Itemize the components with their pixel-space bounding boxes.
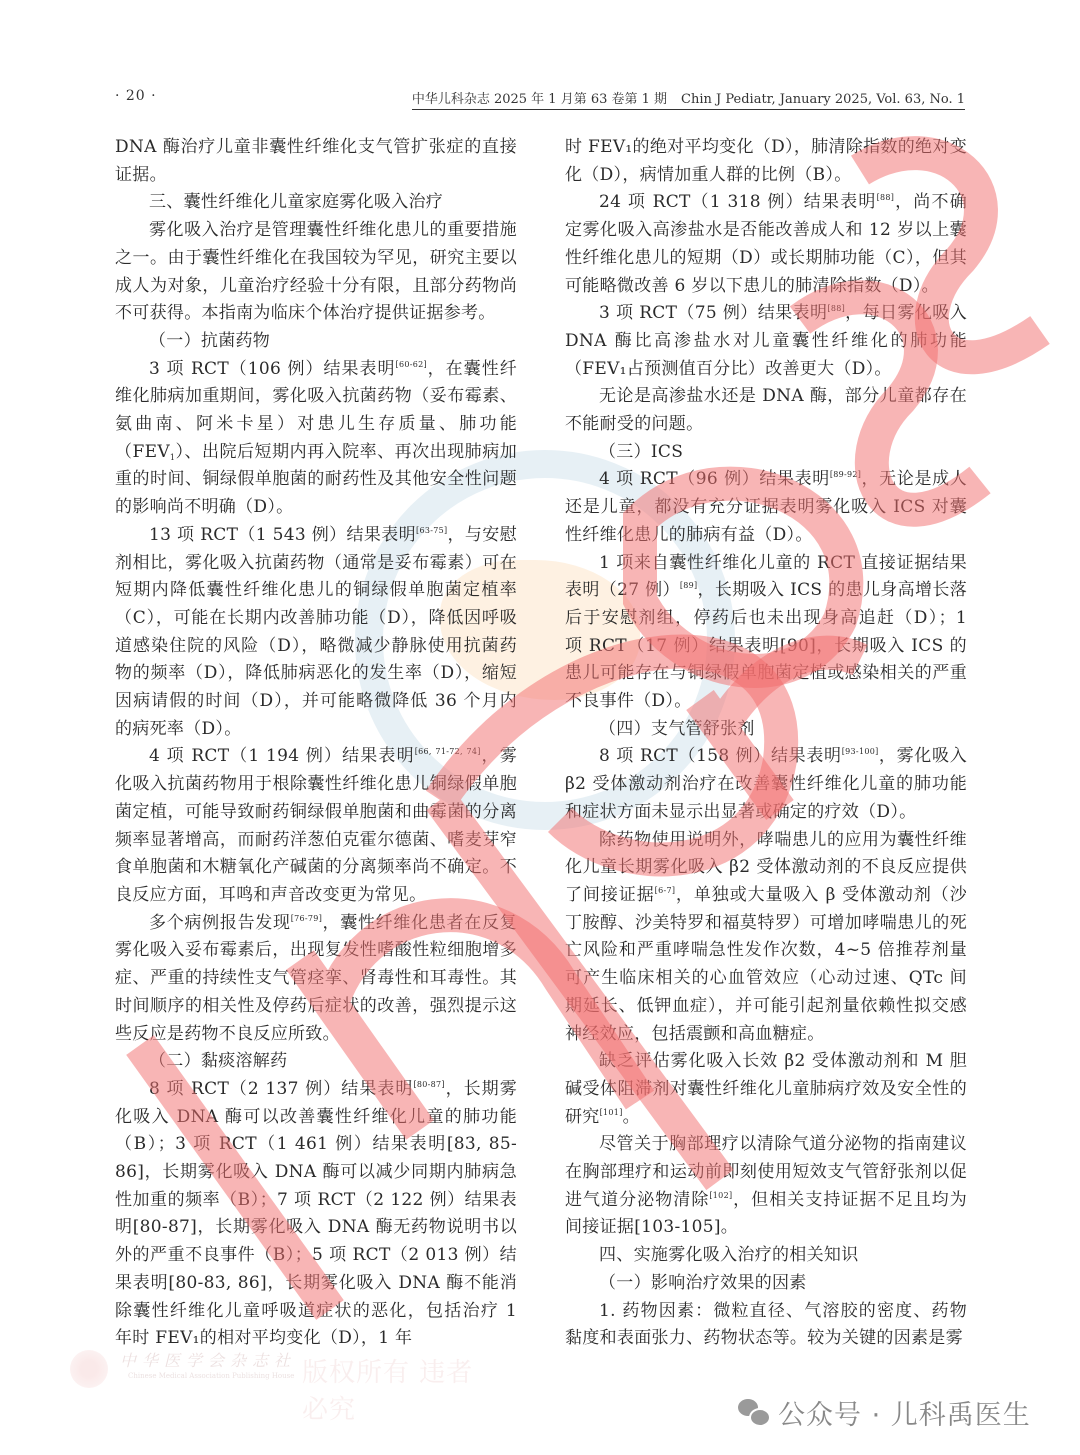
citation: [66, 71-72, 74] — [415, 747, 481, 756]
paragraph: 无论是高渗盐水还是 DNA 酶，部分儿童都存在不能耐受的问题。 — [565, 383, 967, 438]
subsection-heading: （一）影响治疗效果的因素 — [565, 1270, 967, 1298]
citation: [89] — [680, 581, 698, 590]
citation: [101] — [600, 1108, 623, 1117]
section-heading: 三、囊性纤维化儿童家庭雾化吸入治疗 — [115, 189, 517, 217]
paragraph: 1 项来自囊性纤维化儿童的 RCT 直接证据结果表明（27 例）[89]，长期吸… — [565, 550, 967, 716]
paragraph: 3 项 RCT（106 例）结果表明[60-62]，在囊性纤维化肺病加重期间，雾… — [115, 356, 517, 522]
citation: [63-75] — [416, 526, 447, 535]
publisher-name-cn: 中华医学会杂志社 — [120, 1348, 296, 1371]
publisher-name-en: Chinese Medical Association Publishing H… — [128, 1372, 294, 1380]
journal-title-en: Chin J Pediatr, January 2025, Vol. 63, N… — [681, 92, 965, 107]
paragraph: 24 项 RCT（1 318 例）结果表明[88]，尚不确定雾化吸入高渗盐水是否… — [565, 189, 967, 300]
paragraph: 1. 药物因素：微粒直径、气溶胶的密度、药物黏度和表面张力、药物状态等。较为关键… — [565, 1298, 967, 1353]
paragraph: 尽管关于胸部理疗以清除气道分泌物的指南建议在胸部理疗和运动前即刻使用短效支气管舒… — [565, 1131, 967, 1242]
paragraph: 多个病例报告发现[76-79]，囊性纤维化患者在反复雾化吸入妥布霉素后，出现复发… — [115, 910, 517, 1049]
publisher-watermark: 中华医学会杂志社 Chinese Medical Association Pub… — [70, 1348, 490, 1388]
citation: [76-79] — [291, 914, 322, 923]
paragraph: 时 FEV₁的绝对平均变化（D），肺清除指数的绝对变化（D），病情加重人群的比例… — [565, 134, 967, 189]
page-header: · 20 · 中华儿科杂志 2025 年 1 月第 63 卷第 1 期Chin … — [115, 86, 965, 108]
paragraph: 13 项 RCT（1 543 例）结果表明[63-75]，与安慰剂相比，雾化吸入… — [115, 522, 517, 744]
subsection-heading: （四）支气管舒张剂 — [565, 716, 967, 744]
section-heading: 四、实施雾化吸入治疗的相关知识 — [565, 1242, 967, 1270]
subsection-heading: （二）黏痰溶解药 — [115, 1048, 517, 1076]
paragraph: 雾化吸入治疗是管理囊性纤维化患儿的重要措施之一。由于囊性纤维化在我国较为罕见，研… — [115, 217, 517, 328]
citation: [80-87] — [413, 1080, 444, 1089]
paragraph: 缺乏评估雾化吸入长效 β2 受体激动剂和 M 胆碱受体阻滞剂对囊性纤维化儿童肺病… — [565, 1048, 967, 1131]
journal-citation: 中华儿科杂志 2025 年 1 月第 63 卷第 1 期Chin J Pedia… — [412, 88, 965, 110]
citation: [89-92] — [830, 470, 861, 479]
paragraph: 除药物使用说明外，哮喘患儿的应用为囊性纤维化儿童长期雾化吸入 β2 受体激动剂的… — [565, 827, 967, 1049]
citation: [88] — [827, 304, 845, 313]
paragraph: 4 项 RCT（96 例）结果表明[89-92]，无论是成人还是儿童，都没有充分… — [565, 466, 967, 549]
journal-title-cn: 中华儿科杂志 2025 年 1 月第 63 卷第 1 期 — [412, 92, 667, 107]
subsection-heading: （一）抗菌药物 — [115, 328, 517, 356]
citation: [60-62] — [396, 360, 427, 369]
wechat-icon — [738, 1397, 768, 1427]
page-number: · 20 · — [115, 88, 157, 104]
citation: [88] — [877, 193, 895, 202]
citation: [102] — [709, 1191, 732, 1200]
paragraph: 8 项 RCT（2 137 例）结果表明[80-87]，长期雾化吸入 DNA 酶… — [115, 1076, 517, 1353]
citation: [93-100] — [842, 747, 879, 756]
left-column: DNA 酶治疗儿童非囊性纤维化支气管扩张症的直接证据。 三、囊性纤维化儿童家庭雾… — [115, 134, 517, 1353]
wechat-account-tag: 公众号 · 儿科禹医生 — [738, 1392, 1031, 1432]
paragraph: 3 项 RCT（75 例）结果表明[88]，每日雾化吸入 DNA 酶比高渗盐水对… — [565, 300, 967, 383]
copyright-notice: 版权所有 违者必究 — [302, 1352, 490, 1426]
citation: [6-7] — [655, 886, 676, 895]
right-column: 时 FEV₁的绝对平均变化（D），肺清除指数的绝对变化（D），病情加重人群的比例… — [565, 134, 967, 1353]
publisher-logo-icon — [70, 1350, 108, 1388]
paragraph: DNA 酶治疗儿童非囊性纤维化支气管扩张症的直接证据。 — [115, 134, 517, 189]
subsection-heading: （三）ICS — [565, 439, 967, 467]
paragraph: 4 项 RCT（1 194 例）结果表明[66, 71-72, 74]，雾化吸入… — [115, 743, 517, 909]
wechat-account-label: 公众号 · 儿科禹医生 — [778, 1393, 1031, 1432]
paragraph: 8 项 RCT（158 例）结果表明[93-100]，雾化吸入 β2 受体激动剂… — [565, 743, 967, 826]
